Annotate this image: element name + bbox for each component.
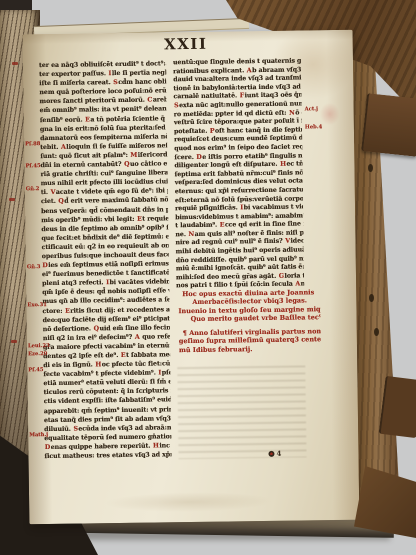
- signature-number: 4: [276, 449, 281, 458]
- rubric-speck: [12, 62, 18, 65]
- wormhole-spot: [368, 164, 373, 172]
- margin-reference: Gn̄.3: [27, 264, 41, 270]
- margin-reference: Heb.4: [305, 124, 322, 130]
- photograph-of-incunable-page: { "folio": { "header": "XXII" }, "left_m…: [0, 0, 416, 555]
- margin-reference: Pſ.45: [25, 163, 40, 169]
- text-line: ſicut matheus: tres etates vſq3 ad xp̄m …: [44, 450, 171, 461]
- rubric-speck: [11, 340, 17, 343]
- margin-reference: Eze.20: [28, 351, 47, 357]
- margin-reference: Math.j: [29, 432, 48, 438]
- left-text-column: ter ea nāq3 obliuiſcēt erudit⁹ t doct⁹:a…: [39, 59, 172, 461]
- margin-reference: Gn̄.2: [26, 186, 40, 192]
- printer-colophon-verse: Hoc opus exactū diuina arte JoannisAmerb…: [178, 288, 320, 324]
- printer-colophon-date: ¶ Anno ſalutiferi virginalis partus nona…: [179, 327, 321, 354]
- margin-reference: Act.j: [305, 106, 318, 112]
- right-text-column: uentū:que ſingule denis t quaternis gene…: [173, 57, 304, 291]
- margin-reference: Pſ.45: [28, 367, 43, 373]
- quire-signature: 4: [268, 449, 281, 458]
- rubric-speck: [9, 198, 15, 201]
- leather-cover-bottom-corner: [354, 466, 416, 538]
- book-page: XXII ter ea nāq3 obliuiſcēt erudit⁹ t do…: [23, 30, 360, 525]
- colophon-line: mū Idibus februarij.: [179, 344, 321, 354]
- folio-number: XXII: [151, 35, 221, 54]
- margin-reference: Leui.23: [28, 343, 50, 349]
- signature-ornament-icon: [268, 451, 274, 457]
- margin-reference: Exo.31: [27, 302, 47, 308]
- leather-clasp-bottom: [379, 376, 416, 438]
- wormhole-spot: [374, 328, 379, 336]
- margin-reference: Pſ.88: [25, 141, 40, 147]
- show-through-text: [177, 365, 306, 459]
- wormhole-spot: [369, 294, 374, 302]
- colophon-line: Quo merito gaudet vrbe Baſilea tec⁹.: [179, 313, 321, 323]
- leather-clasp-top: [361, 93, 416, 157]
